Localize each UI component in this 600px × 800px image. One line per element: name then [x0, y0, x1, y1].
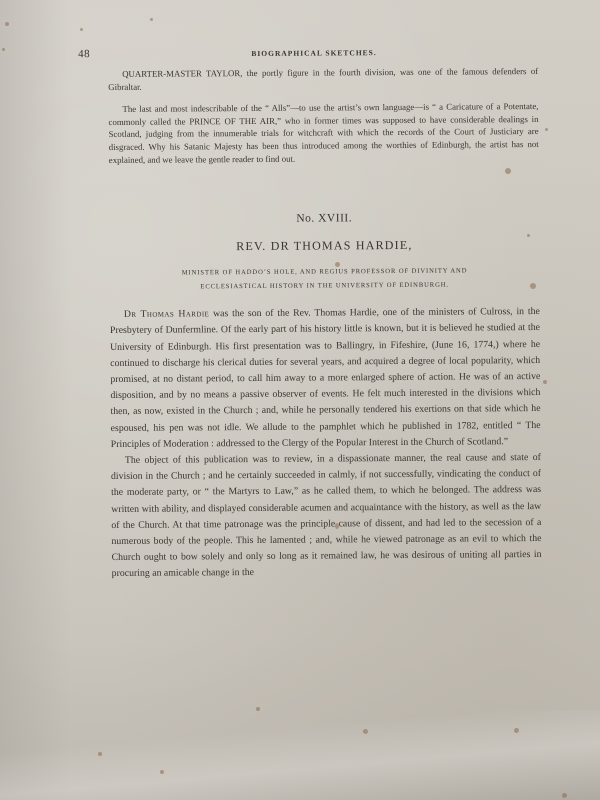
intro-paragraph-2: The last and most indescribable of the “…	[108, 100, 538, 166]
foxing-spot	[80, 28, 83, 31]
page-fold	[0, 710, 600, 800]
foxing-spot	[98, 752, 102, 756]
body-paragraph-2: The object of this publication was to re…	[111, 450, 542, 583]
subtitle-line-2: ECCLESIASTICAL HISTORY IN THE UNIVERSITY…	[110, 278, 540, 295]
foxing-spot	[562, 793, 567, 798]
article-title: REV. DR THOMAS HARDIE,	[109, 237, 539, 255]
running-head: 48 BIOGRAPHICAL SKETCHES.	[108, 45, 538, 60]
running-head-title: BIOGRAPHICAL SKETCHES.	[90, 47, 538, 59]
foxing-spot	[543, 380, 547, 384]
page-shadow	[0, 0, 70, 800]
page-number: 48	[78, 48, 90, 60]
intro-lead: QUARTER-MASTER TAYLOR,	[122, 68, 242, 79]
foxing-spot	[256, 707, 260, 711]
body-text: was the son of the Rev. Thomas Hardie, o…	[110, 306, 541, 450]
foxing-spot	[363, 729, 368, 734]
foxing-spot	[150, 18, 153, 21]
intro-paragraph-1: QUARTER-MASTER TAYLOR, the portly figure…	[108, 65, 538, 93]
page-text: 48 BIOGRAPHICAL SKETCHES. QUARTER-MASTER…	[108, 45, 542, 583]
article-number: No. XVIII.	[109, 211, 539, 226]
foxing-spot	[2, 48, 5, 51]
foxing-spot	[545, 128, 548, 131]
body-paragraph-1: Dr Thomas Hardie was the son of the Rev.…	[110, 304, 541, 453]
foxing-spot	[514, 728, 519, 733]
foxing-spot	[5, 22, 9, 26]
foxing-spot	[160, 770, 164, 774]
article-subtitle: MINISTER OF HADDO’S HOLE, AND REGIUS PRO…	[110, 264, 540, 295]
body-lead: Dr Thomas Hardie	[124, 308, 209, 320]
